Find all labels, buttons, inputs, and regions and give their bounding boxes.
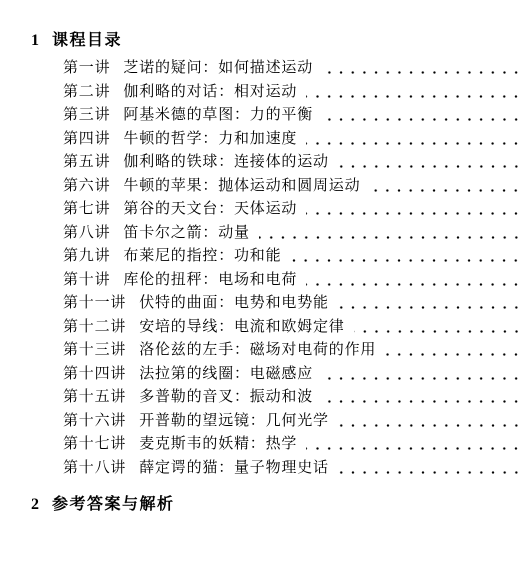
lecture-number: 第十三讲 (63, 339, 126, 363)
lecture-title: 库伦的扭秤：电场和电荷 (123, 269, 297, 293)
lecture-number: 第十七讲 (63, 433, 126, 457)
toc-row: 第十七讲麦克斯韦的妖精：热学 (31, 433, 523, 457)
lecture-number: 第六讲 (63, 175, 110, 199)
dotted-leader (338, 292, 523, 316)
toc-page: 1 课程目录 第一讲芝诺的疑问：如何描述运动 第二讲伽利略的对话：相对运动 第三… (0, 0, 527, 563)
toc-row: 第十六讲开普勒的望远镜：几何光学 (31, 410, 523, 434)
dotted-leader (306, 198, 523, 222)
lecture-number: 第十六讲 (63, 410, 126, 434)
dotted-leader (338, 457, 523, 481)
dotted-leader (354, 316, 523, 340)
dotted-leader (369, 175, 523, 199)
toc-row: 第一讲芝诺的疑问：如何描述运动 (31, 57, 523, 81)
lecture-number: 第十一讲 (63, 292, 126, 316)
lecture-number: 第十二讲 (63, 316, 126, 340)
dotted-leader (306, 433, 523, 457)
dotted-leader (385, 339, 523, 363)
section-title: 参考答案与解析 (52, 495, 175, 515)
dotted-leader (322, 57, 523, 81)
toc-row: 第六讲牛顿的苹果：抛体运动和圆周运动 (31, 175, 523, 199)
lecture-number: 第十四讲 (63, 363, 126, 387)
toc-row: 第二讲伽利略的对话：相对运动 (31, 81, 523, 105)
toc-row: 第九讲布莱尼的指控：功和能 (31, 245, 523, 269)
lecture-title: 伏特的曲面：电势和电势能 (139, 292, 329, 316)
lecture-number: 第八讲 (63, 222, 110, 246)
lecture-title: 洛伦兹的左手：磁场对电荷的作用 (139, 339, 376, 363)
lecture-number: 第二讲 (63, 81, 110, 105)
dotted-leader (290, 245, 523, 269)
toc-row: 第十三讲洛伦兹的左手：磁场对电荷的作用 (31, 339, 523, 363)
toc-row: 第十八讲薛定谔的猫：量子物理史话 (31, 457, 523, 481)
toc-row: 第十四讲法拉第的线圈：电磁感应 (31, 363, 523, 387)
lecture-title: 开普勒的望远镜：几何光学 (139, 410, 329, 434)
dotted-leader (306, 269, 523, 293)
dotted-leader (306, 81, 523, 105)
lecture-title: 第谷的天文台：天体运动 (123, 198, 297, 222)
lecture-number: 第十讲 (63, 269, 110, 293)
lecture-number: 第七讲 (63, 198, 110, 222)
toc-row: 第四讲牛顿的哲学：力和加速度 (31, 128, 523, 152)
toc-row: 第五讲伽利略的铁球：连接体的运动 (31, 151, 523, 175)
lecture-title: 牛顿的哲学：力和加速度 (123, 128, 297, 152)
section-number: 1 (31, 31, 39, 51)
dotted-leader (338, 151, 523, 175)
toc-row: 第三讲阿基米德的草图：力的平衡 (31, 104, 523, 128)
section-heading-catalog: 1 课程目录 (31, 31, 523, 51)
dotted-leader (306, 128, 523, 152)
dotted-leader (322, 363, 523, 387)
lecture-number: 第一讲 (63, 57, 110, 81)
lecture-title: 牛顿的苹果：抛体运动和圆周运动 (123, 175, 360, 199)
lecture-title: 薛定谔的猫：量子物理史话 (139, 457, 329, 481)
toc-row: 第八讲笛卡尔之箭：动量 (31, 222, 523, 246)
lecture-number: 第四讲 (63, 128, 110, 152)
lecture-title: 麦克斯韦的妖精：热学 (139, 433, 297, 457)
lecture-title: 笛卡尔之箭：动量 (123, 222, 249, 246)
lecture-title: 布莱尼的指控：功和能 (123, 245, 281, 269)
toc-row: 第十五讲多普勒的音叉：振动和波 (31, 386, 523, 410)
lecture-number: 第十八讲 (63, 457, 126, 481)
lecture-title: 法拉第的线圈：电磁感应 (139, 363, 313, 387)
lecture-number: 第五讲 (63, 151, 110, 175)
lecture-title: 伽利略的铁球：连接体的运动 (123, 151, 328, 175)
dotted-leader (259, 222, 523, 246)
section-title: 课程目录 (52, 31, 122, 51)
toc-row: 第十二讲安培的导线：电流和欧姆定律 (31, 316, 523, 340)
dotted-leader (322, 386, 523, 410)
lecture-number: 第三讲 (63, 104, 110, 128)
toc-list: 第一讲芝诺的疑问：如何描述运动 第二讲伽利略的对话：相对运动 第三讲阿基米德的草… (31, 57, 523, 480)
section-number: 2 (31, 495, 39, 515)
toc-row: 第七讲第谷的天文台：天体运动 (31, 198, 523, 222)
toc-row: 第十一讲伏特的曲面：电势和电势能 (31, 292, 523, 316)
lecture-title: 安培的导线：电流和欧姆定律 (139, 316, 344, 340)
dotted-leader (338, 410, 523, 434)
lecture-title: 伽利略的对话：相对运动 (123, 81, 297, 105)
toc-row: 第十讲库伦的扭秤：电场和电荷 (31, 269, 523, 293)
lecture-title: 芝诺的疑问：如何描述运动 (123, 57, 313, 81)
lecture-number: 第九讲 (63, 245, 110, 269)
lecture-title: 阿基米德的草图：力的平衡 (123, 104, 313, 128)
section-heading-answers: 2 参考答案与解析 (31, 495, 523, 515)
lecture-title: 多普勒的音叉：振动和波 (139, 386, 313, 410)
lecture-number: 第十五讲 (63, 386, 126, 410)
dotted-leader (322, 104, 523, 128)
